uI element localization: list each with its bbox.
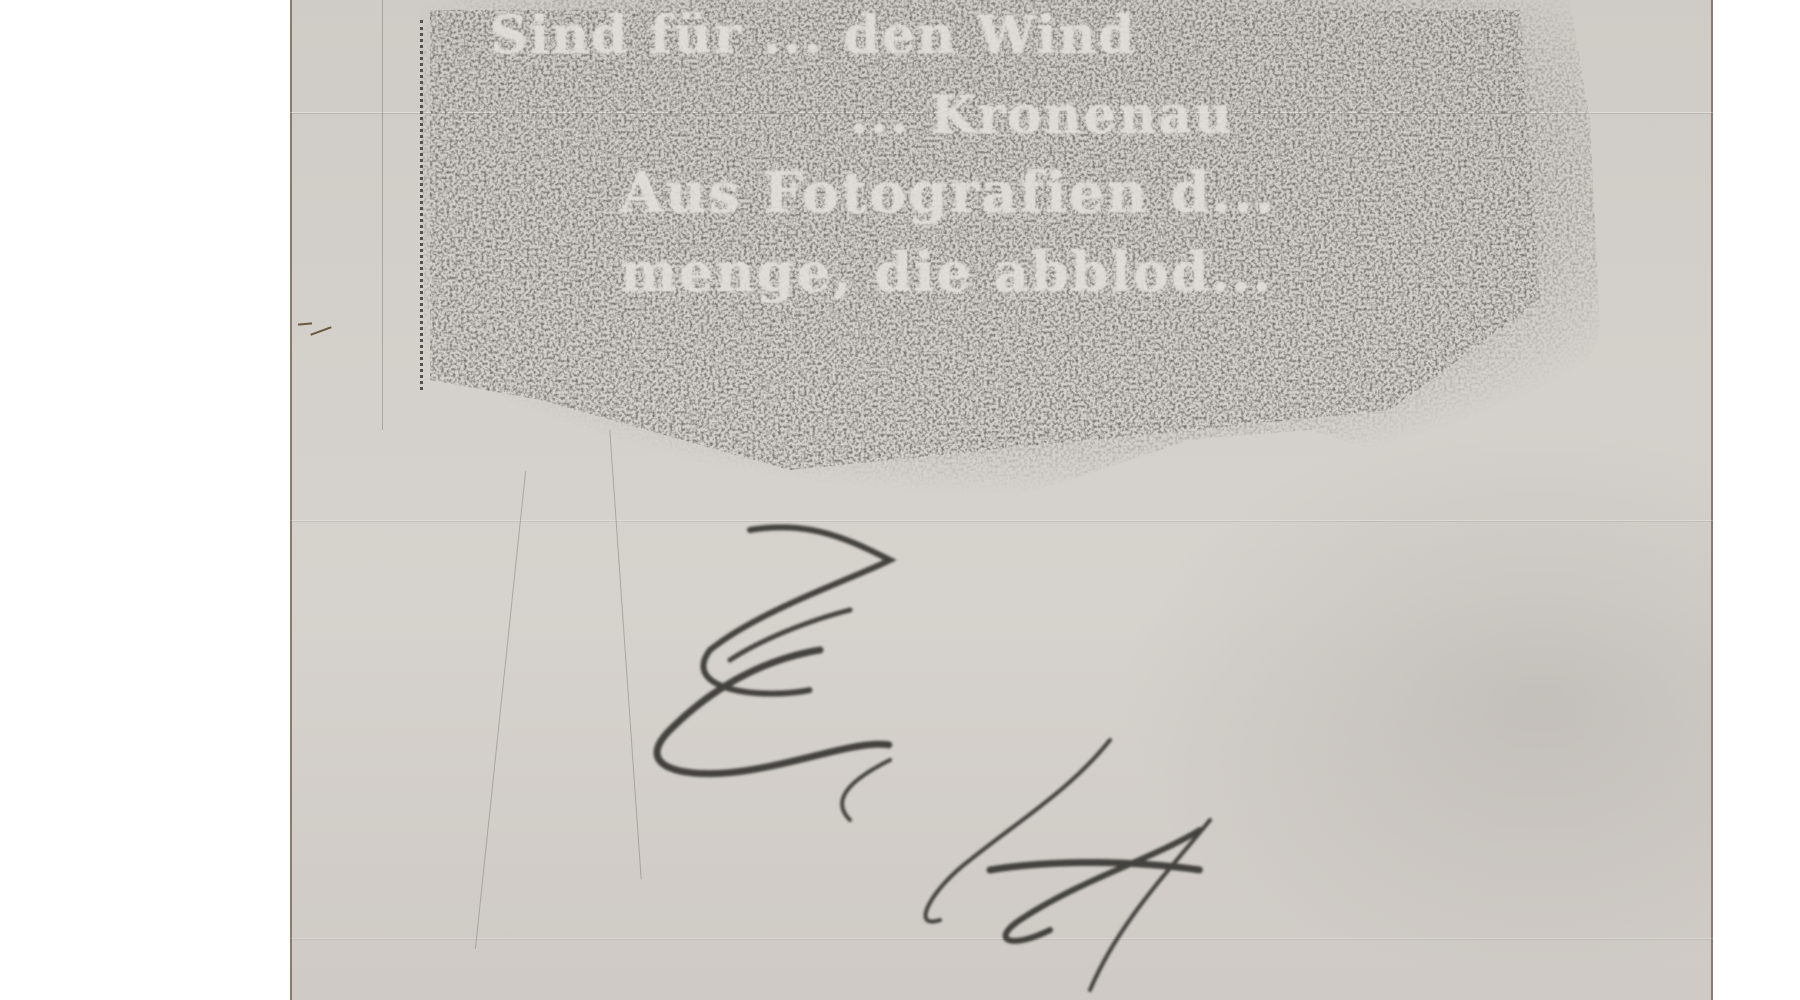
charcoal-rubbing bbox=[290, 0, 1713, 1000]
ghost-text-line-3: Aus Fotografien d... bbox=[620, 160, 1276, 226]
ghost-text-line-4: menge, die abblod... bbox=[620, 240, 1273, 304]
ghost-text-line-2: ... Kronenau bbox=[850, 85, 1234, 146]
ghost-text-line-1: Sind für ... den Wind bbox=[490, 5, 1136, 66]
paper-sheet: Sind für ... den Wind ... Kronenau Aus F… bbox=[290, 0, 1713, 1000]
